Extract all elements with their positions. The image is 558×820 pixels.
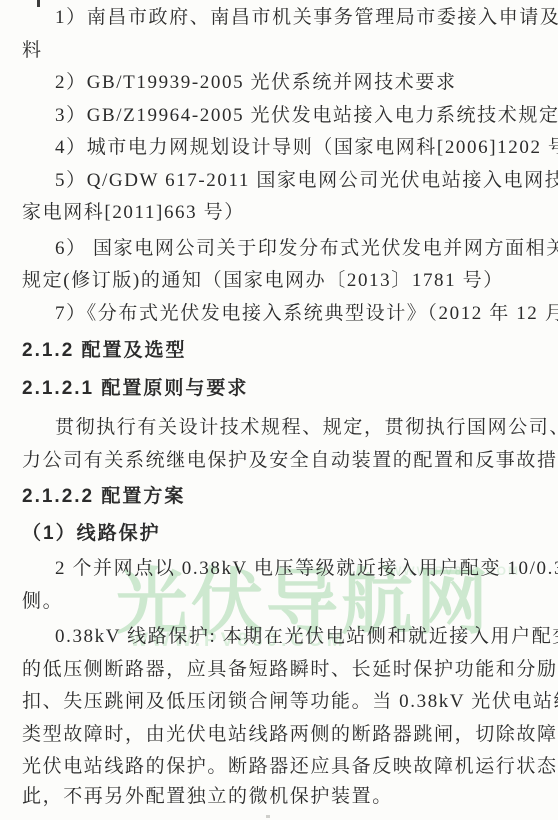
- reference-item-1-line-1: 1）南昌市政府、南昌市机关事务管理局市委接入申请及相关材: [22, 2, 540, 35]
- reference-item-3: 3）GB/Z19964-2005 光伏发电站接入电力系统技术规定: [22, 100, 540, 133]
- protection-para-line-4: 类型故障时，由光伏电站线路两侧的断路器跳闸，切除故障线路，实现对: [22, 719, 540, 752]
- reference-item-6-line-2: 规定(修订版)的通知（国家电网办〔2013〕1781 号）: [22, 265, 540, 298]
- principles-para-line-1: 贯彻执行有关设计技术规程、规定，贯彻执行国网公司、华东和省电: [22, 412, 540, 445]
- section-heading-2-1-2-2: 2.1.2.2 配置方案: [22, 481, 540, 514]
- section-heading-2-1-2-1: 2.1.2.1 配置原则与要求: [22, 373, 540, 406]
- reference-item-5-line-1: 5）Q/GDW 617-2011 国家电网公司光伏电站接入电网技术规定 (国: [22, 165, 540, 198]
- reference-item-4: 4）城市电力网规划设计导则（国家电网科[2006]1202 号）: [22, 132, 540, 165]
- scan-artifact-mark: [37, 0, 40, 7]
- document-body: 1）南昌市政府、南昌市机关事务管理局市委接入申请及相关材 料 2）GB/T199…: [22, 2, 540, 813]
- reference-item-5-line-2: 家电网科[2011]663 号）: [22, 197, 540, 230]
- protection-para-line-1: 0.38kV 线路保护: 本期在光伏电站侧和就近接入用户配变 10/0.38kV: [22, 621, 540, 654]
- reference-item-1-line-2: 料: [22, 35, 540, 68]
- subheading-line-protection: （1）线路保护: [22, 518, 540, 551]
- scan-artifact-dot: [266, 815, 270, 818]
- reference-item-2: 2）GB/T19939-2005 光伏系统并网技术要求: [22, 67, 540, 100]
- principles-para-line-2: 力公司有关系统继电保护及安全自动装置的配置和反事故措施文件精神。: [22, 445, 540, 478]
- section-heading-2-1-2: 2.1.2 配置及选型: [22, 335, 540, 368]
- protection-para-line-6: 此，不再另外配置独立的微机保护装置。: [22, 781, 540, 814]
- reference-item-6-line-1: 6） 国家电网公司关于印发分布式光伏发电并网方面相关意见和: [22, 233, 540, 266]
- protection-para-line-2: 的低压侧断路器，应具备短路瞬时、长延时保护功能和分励脱扣、欠压脱: [22, 654, 540, 687]
- protection-para-line-3: 扣、失压跳闸及低压闭锁合闸等功能。当 0.38kV 光伏电站线路发生各种: [22, 686, 540, 719]
- document-page: WWW.PV860.COM 光伏导航网 WWW.PV860.COM 1）南昌市政…: [0, 0, 558, 820]
- reference-item-7: 7）《分布式光伏发电接入系统典型设计》（2012 年 12 月）: [22, 298, 540, 331]
- grid-point-para-line-1: 2 个并网点以 0.38kV 电压等级就近接入用户配变 10/0.38kV 的低…: [22, 553, 540, 586]
- grid-point-para-line-2: 侧。: [22, 586, 540, 619]
- protection-para-line-5: 光伏电站线路的保护。断路器还应具备反映故障机运行状态辅助接点。因: [22, 751, 540, 784]
